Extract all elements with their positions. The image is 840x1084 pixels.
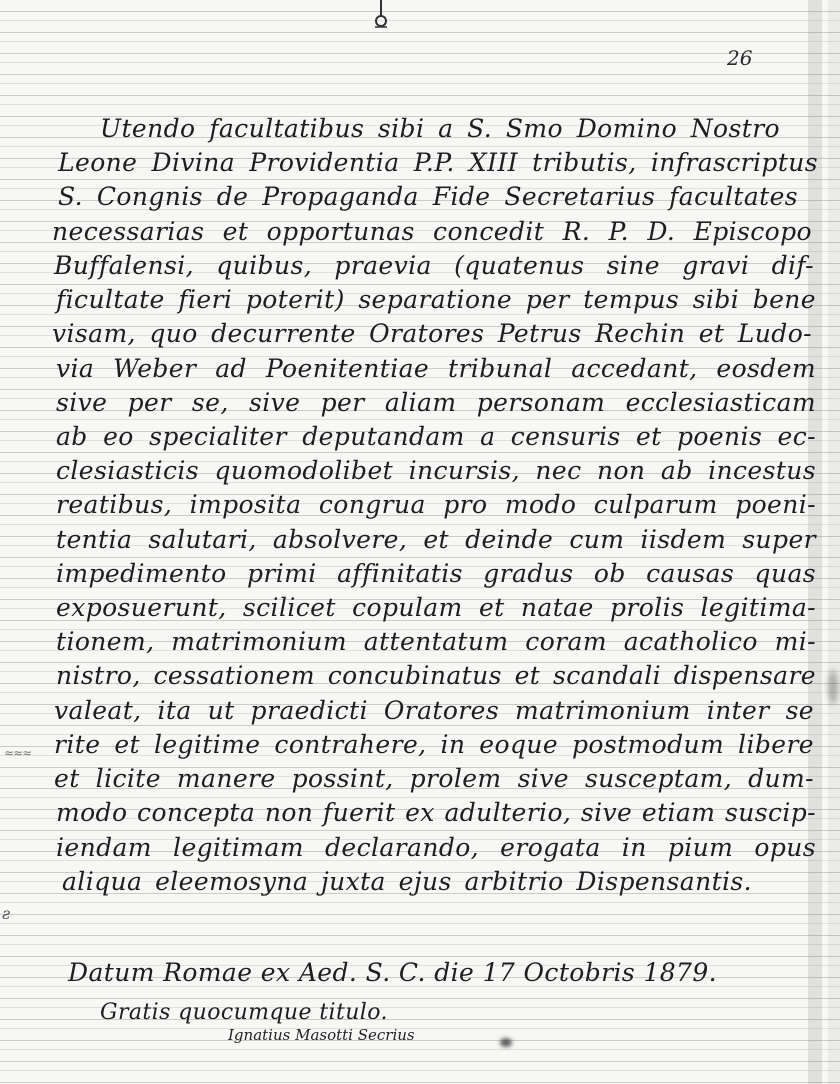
manuscript-line: Leone Divina Providentia P.P. XIII tribu…: [58, 148, 818, 178]
gratis-note: Gratis quocumque titulo.: [100, 998, 388, 1028]
dateline: Datum Romae ex Aed. S. C. die 17 Octobri…: [68, 958, 717, 988]
manuscript-line: ab eo specialiter deputandam a censuris …: [56, 422, 816, 452]
manuscript-line: Utendo facultatibus sibi a S. Smo Domino…: [100, 114, 780, 144]
manuscript-line: S. Congnis de Propaganda Fide Secretariu…: [58, 182, 798, 212]
manuscript-line: iendam legitimam declarando, erogata in …: [56, 833, 816, 863]
manuscript-body: Utendo facultatibus sibi a S. Smo Domino…: [0, 0, 840, 1084]
manuscript-line: aliqua eleemosyna juxta ejus arbitrio Di…: [62, 867, 752, 897]
manuscript-line: impedimento primi affinitatis gradus ob …: [56, 559, 816, 589]
manuscript-line: clesiasticis quomodolibet incursis, nec …: [56, 456, 816, 486]
manuscript-line: modo concepta non fuerit ex adulterio, s…: [56, 798, 816, 828]
manuscript-line: rite et legitime contrahere, in eoque po…: [54, 730, 814, 760]
manuscript-line: sive per se, sive per aliam personam ecc…: [56, 388, 816, 418]
ink-smudge: [500, 1038, 512, 1047]
manuscript-line: reatibus, imposita congrua pro modo culp…: [56, 490, 816, 520]
manuscript-line: via Weber ad Poenitentiae tribunal acced…: [56, 354, 816, 384]
signature: Ignatius Masotti Secrius: [228, 1026, 415, 1044]
manuscript-line: valeat, ita ut praedicti Oratores matrim…: [54, 696, 814, 726]
manuscript-line: nistro, cessationem concubinatus et scan…: [56, 661, 816, 691]
manuscript-line: Buffalensi, quibus, praevia (quatenus si…: [54, 251, 814, 281]
manuscript-line: visam, quo decurrente Oratores Petrus Re…: [52, 319, 812, 349]
scan-smudge: [828, 670, 838, 704]
manuscript-line: et licite manere possint, prolem sive su…: [54, 764, 814, 794]
manuscript-line: exposuerunt, scilicet copulam et natae p…: [56, 593, 816, 623]
manuscript-line: tionem, matrimonium attentatum coram aca…: [56, 627, 816, 657]
document-page: 26 ≈≈≈ ƨ Utendo facultatibus sibi a S. S…: [0, 0, 840, 1084]
manuscript-line: ficultate fieri poterit) separatione per…: [56, 285, 816, 315]
manuscript-line: necessarias et opportunas concedit R. P.…: [52, 217, 812, 247]
manuscript-line: tentia salutari, absolvere, et deinde cu…: [56, 525, 816, 555]
